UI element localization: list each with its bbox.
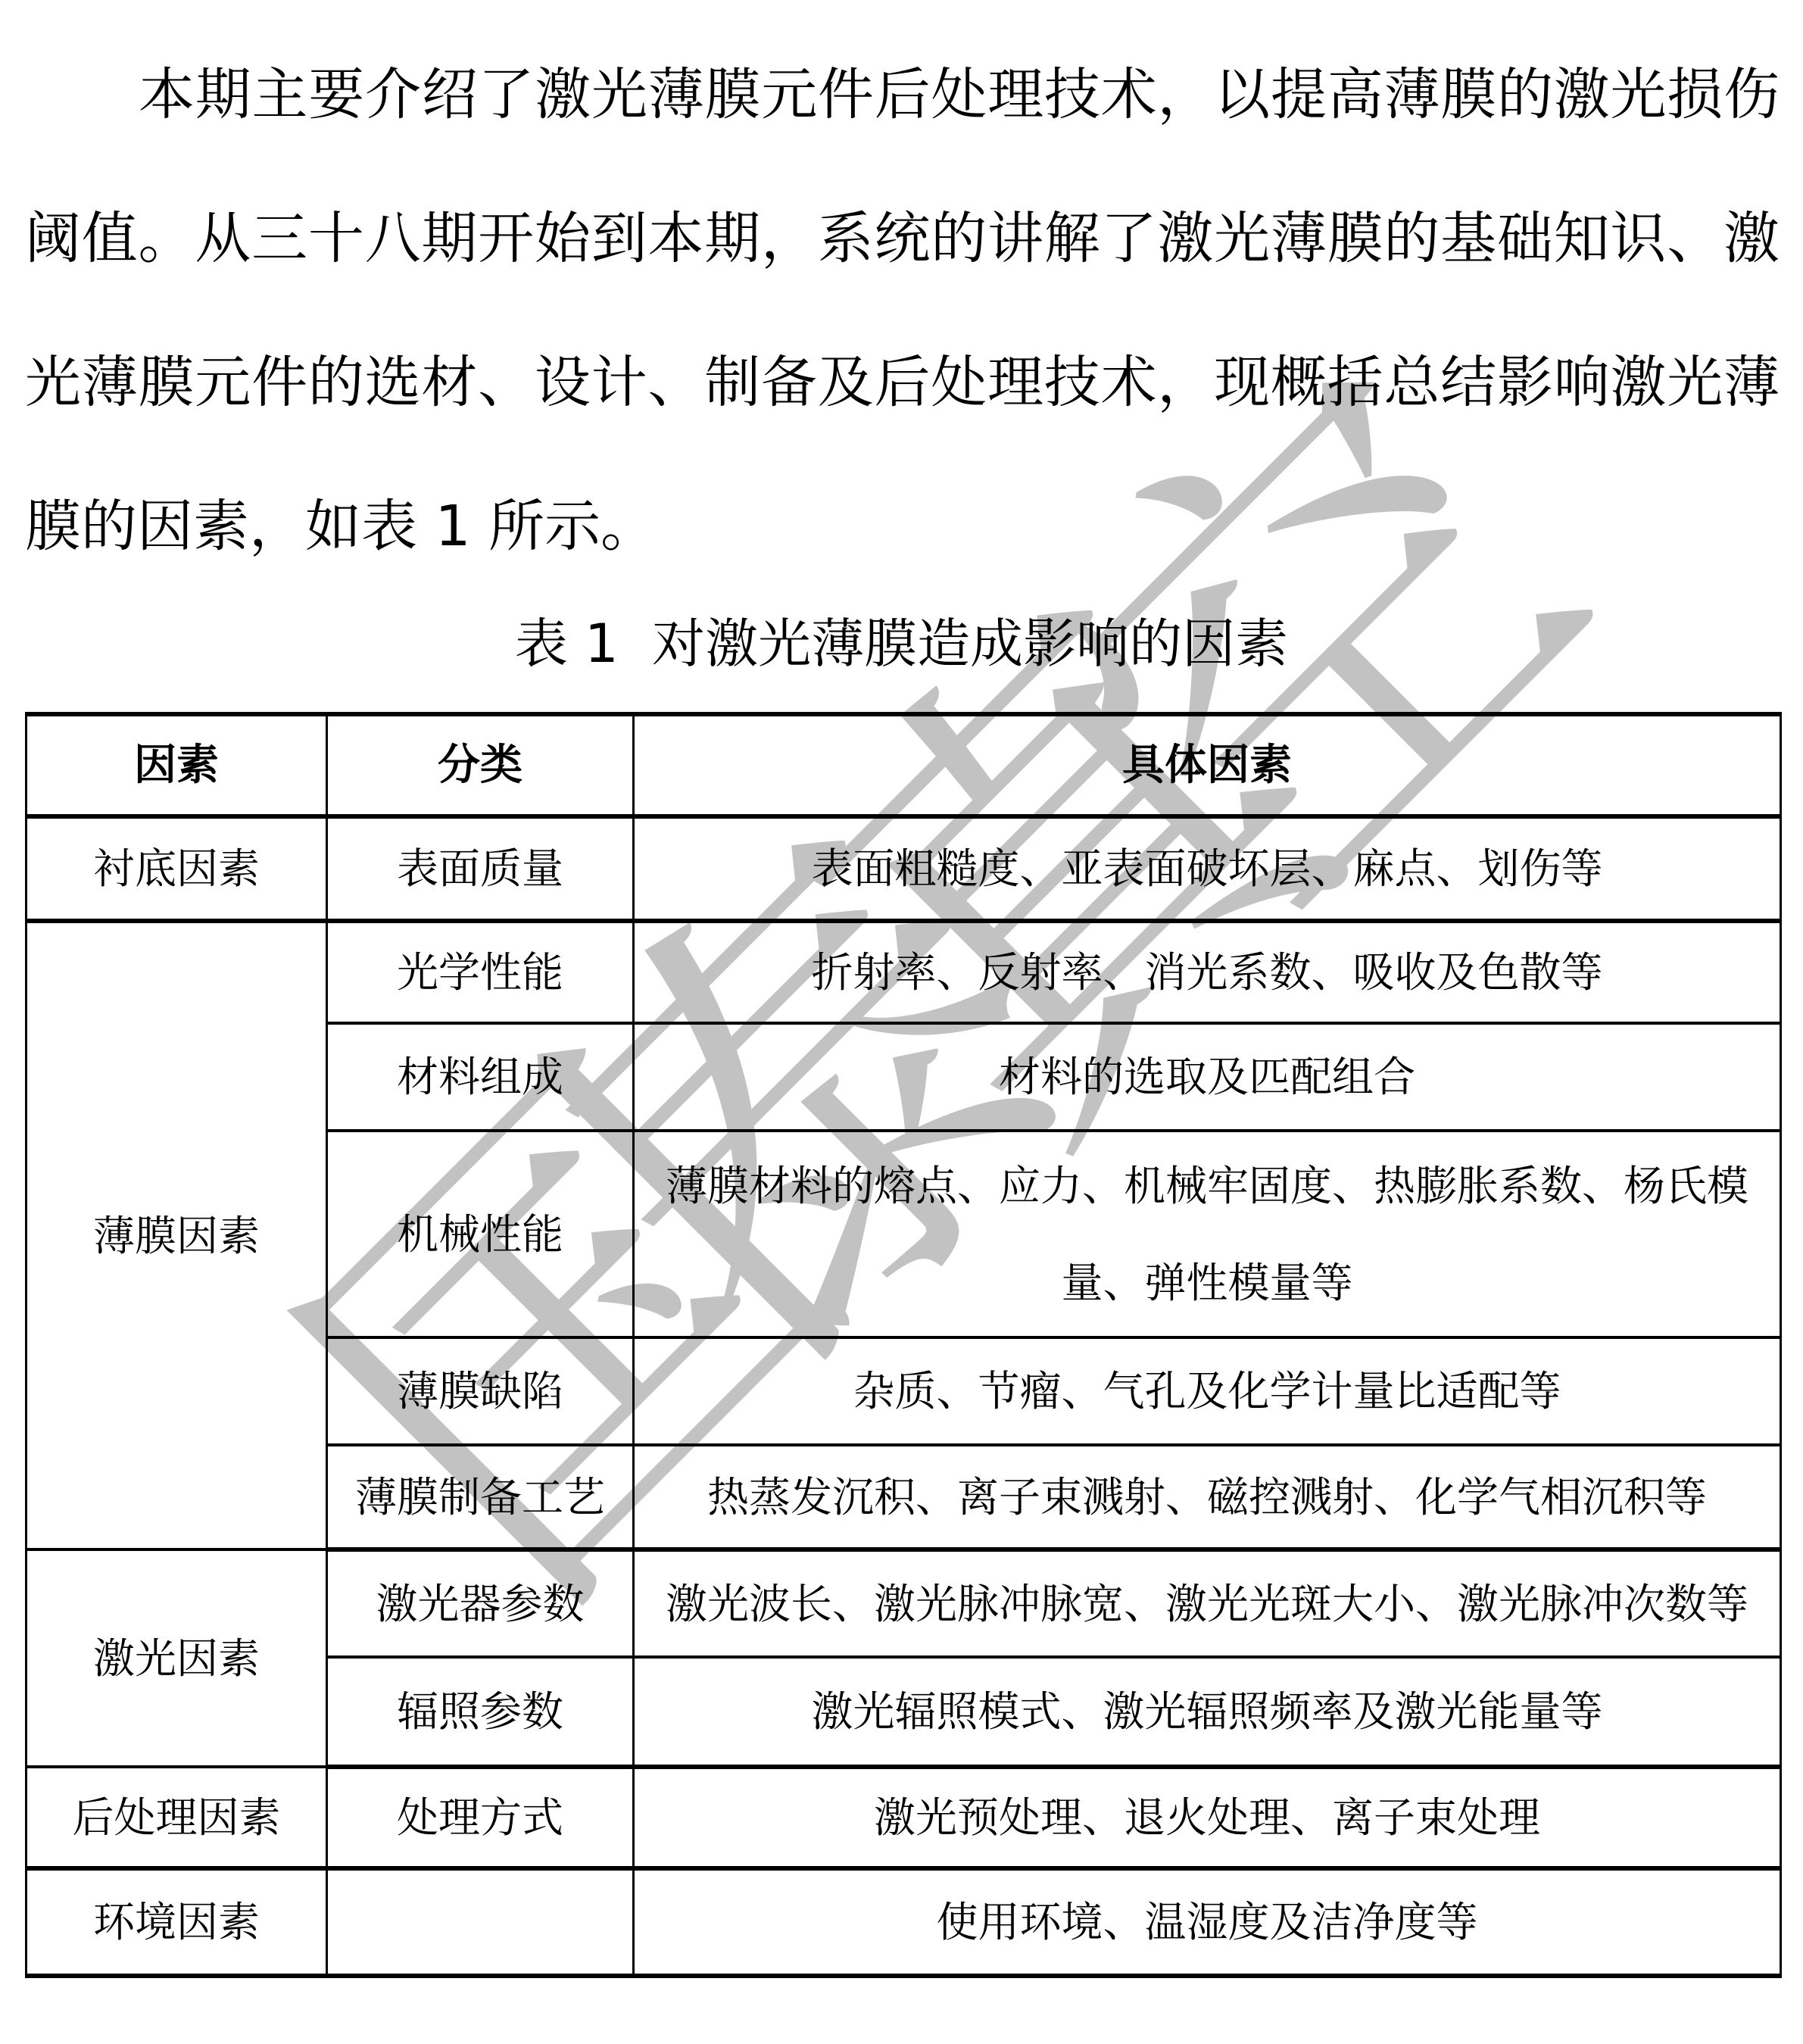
- table-row-posttreatment: 后处理因素 处理方式 激光预处理、退火处理、离子束处理: [27, 1767, 1781, 1868]
- table-row-laser-params: 激光因素 激光器参数 激光波长、激光脉冲脉宽、激光光斑大小、激光脉冲次数等: [27, 1549, 1781, 1657]
- category-cell: 薄膜缺陷: [327, 1337, 634, 1445]
- table-row-substrate: 衬底因素 表面质量 表面粗糙度、亚表面破坏层、麻点、划伤等: [27, 816, 1781, 921]
- factor-cell: 激光因素: [27, 1549, 327, 1767]
- factor-cell: 后处理因素: [27, 1767, 327, 1868]
- table-header-row: 因素 分类 具体因素: [27, 714, 1781, 816]
- factors-table: 因素 分类 具体因素 衬底因素 表面质量 表面粗糙度、亚表面破坏层、麻点、划伤等…: [25, 712, 1782, 1978]
- category-cell: 薄膜制备工艺: [327, 1445, 634, 1549]
- category-cell: 处理方式: [327, 1767, 634, 1868]
- category-cell: 光学性能: [327, 921, 634, 1023]
- table-row-environment: 环境因素 使用环境、温湿度及洁净度等: [27, 1868, 1781, 1976]
- details-cell: 激光预处理、退火处理、离子束处理: [634, 1767, 1781, 1868]
- category-cell: 表面质量: [327, 816, 634, 921]
- details-cell: 折射率、反射率、消光系数、吸收及色散等: [634, 921, 1781, 1023]
- details-cell: 表面粗糙度、亚表面破坏层、麻点、划伤等: [634, 816, 1781, 921]
- category-cell: [327, 1868, 634, 1976]
- details-cell: 热蒸发沉积、离子束溅射、磁控溅射、化学气相沉积等: [634, 1445, 1781, 1549]
- details-cell: 薄膜材料的熔点、应力、机械牢固度、热膨胀系数、杨氏模量、弹性模量等: [634, 1131, 1781, 1337]
- details-cell: 激光波长、激光脉冲脉宽、激光光斑大小、激光脉冲次数等: [634, 1549, 1781, 1657]
- header-cell-factor: 因素: [27, 714, 327, 816]
- body-paragraph: 本期主要介绍了激光薄膜元件后处理技术，以提高薄膜的激光损伤阈值。从三十八期开始到…: [25, 23, 1780, 598]
- table-row-film-optical: 薄膜因素 光学性能 折射率、反射率、消光系数、吸收及色散等: [27, 921, 1781, 1023]
- category-cell: 机械性能: [327, 1131, 634, 1337]
- category-cell: 辐照参数: [327, 1657, 634, 1767]
- factor-cell: 环境因素: [27, 1868, 327, 1976]
- factor-cell: 薄膜因素: [27, 921, 327, 1549]
- category-cell: 激光器参数: [327, 1549, 634, 1657]
- document-page: 国 泰 真 空 本期主要介绍了激光薄膜元件后处理技术，以提高薄膜的激光损伤阈值。…: [0, 0, 1803, 2044]
- details-cell: 激光辐照模式、激光辐照频率及激光能量等: [634, 1657, 1781, 1767]
- table-caption: 表 1 对激光薄膜造成影响的因素: [0, 606, 1803, 682]
- details-cell: 材料的选取及匹配组合: [634, 1023, 1781, 1131]
- header-cell-category: 分类: [327, 714, 634, 816]
- factor-cell: 衬底因素: [27, 816, 327, 921]
- details-cell: 杂质、节瘤、气孔及化学计量比适配等: [634, 1337, 1781, 1445]
- category-cell: 材料组成: [327, 1023, 634, 1131]
- details-cell: 使用环境、温湿度及洁净度等: [634, 1868, 1781, 1976]
- header-cell-details: 具体因素: [634, 714, 1781, 816]
